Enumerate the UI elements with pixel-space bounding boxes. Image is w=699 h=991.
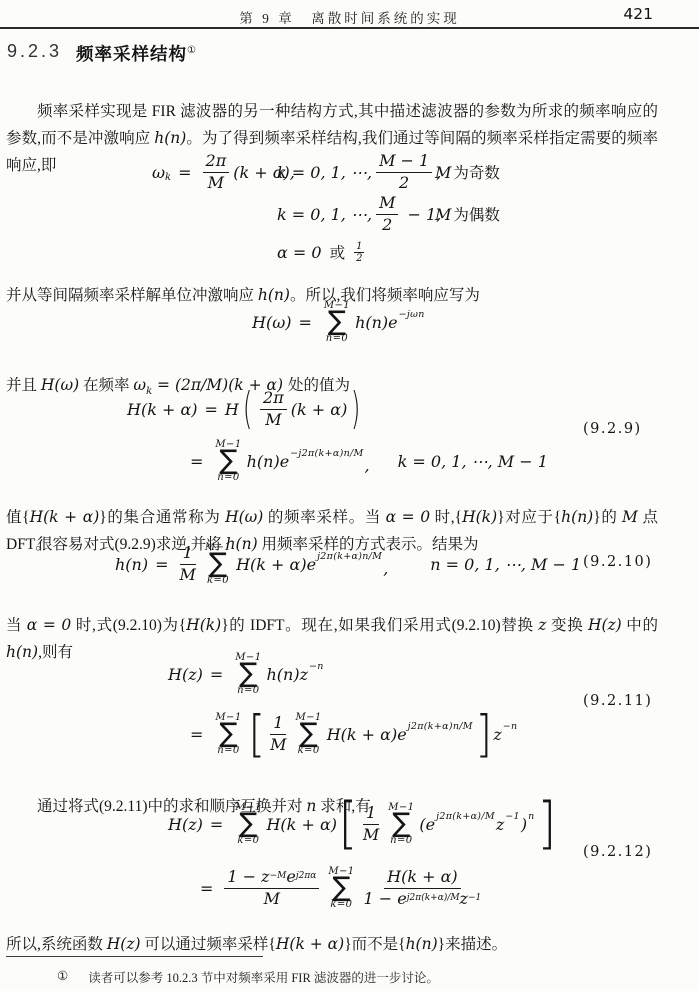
condition-text: k = 0, 1, ⋯,: [277, 205, 372, 224]
alpha-equals-zero: α = 0: [277, 243, 322, 262]
big-left-paren: (: [243, 390, 252, 427]
summand: H(k + α)e: [236, 555, 316, 574]
lhs: h(n): [115, 555, 148, 574]
math-run: H(k + α): [276, 935, 344, 953]
footnote-rule: [6, 956, 263, 957]
lhs: H(ω): [252, 313, 291, 332]
equals-sign: =: [200, 879, 213, 898]
equation-alpha-values: α = 0 或 12: [277, 237, 364, 267]
lhs: H(k + α): [127, 400, 198, 419]
page-number: 421: [623, 5, 653, 23]
fraction-2pi-over-M: 2πM: [260, 389, 287, 429]
numerator: M − 1: [379, 152, 429, 170]
open-paren-e: (e: [419, 815, 435, 834]
exponent: −n: [309, 661, 324, 672]
math-run: h(n): [406, 935, 438, 953]
exponent: −j2π(k+α)n/M: [290, 448, 363, 459]
lower-limit: n=0: [217, 745, 239, 757]
equation-omega-lhs: ωk = 2πM (k + α),: [152, 150, 295, 194]
denominator-part: 1 − e: [364, 890, 407, 908]
summand: h(n)e: [247, 452, 290, 471]
denominator: M: [180, 566, 196, 584]
sigma-symbol: ∑: [299, 723, 317, 745]
note-text: 为奇数: [453, 161, 500, 183]
denominator: M: [270, 736, 286, 754]
comma: ,: [365, 456, 370, 475]
math-run: α = 0: [27, 616, 72, 634]
summation: M−1∑n=0: [215, 439, 241, 484]
condition: n = 0, 1, ⋯, M − 1: [430, 555, 581, 574]
omega-symbol: ω: [152, 163, 165, 182]
condition-text: k = 0, 1, ⋯,: [277, 163, 372, 182]
z-variable: z: [496, 815, 504, 834]
text-run: 中的: [622, 617, 658, 634]
sigma-symbol: ∑: [392, 813, 410, 835]
section-heading: 9.2.3 频率采样结构①: [7, 41, 197, 66]
denominator: M: [264, 890, 280, 908]
equation-label-9210: (9.2.10): [583, 554, 652, 570]
equals-sign: =: [210, 665, 223, 684]
equation-omega-note-odd: M 为奇数: [435, 150, 500, 194]
text-run: ,则有: [38, 644, 73, 661]
math-run: H(k + α): [30, 508, 100, 526]
text-run: 时,{: [430, 509, 462, 526]
variable-M: M: [435, 163, 451, 182]
math-run: h(n): [154, 129, 186, 147]
lower-limit: k=0: [207, 575, 229, 587]
sigma-symbol: ∑: [332, 877, 350, 899]
equation-label-9212: (9.2.12): [583, 844, 652, 860]
equation-9210: h(n) = 1M M−1∑k=0 H(k + α)ej2π(k+α)n/M, …: [115, 537, 581, 591]
math-run: H(ω): [225, 508, 263, 526]
lower-limit: k=0: [298, 745, 320, 757]
text-run: 的频率采样。当: [263, 509, 385, 526]
section-title: 频率采样结构①: [76, 41, 197, 66]
exponent: j2π(k+α)n/M: [317, 551, 382, 562]
numerator: 1: [354, 241, 364, 253]
footnote-text: 读者可以参考 10.2.3 节中对频率采用 FIR 滤波器的进一步讨论。: [88, 968, 439, 986]
math-run: h(n): [561, 508, 593, 526]
paragraph-conclusion: 所以,系统函数 H(z) 可以通过频率采样{H(k + α)}而不是{h(n)}…: [6, 931, 658, 958]
fraction-1-over-M: 1M: [363, 804, 379, 844]
numerator-part: 1 − z: [227, 868, 269, 886]
header-rule: [0, 27, 699, 29]
equation-929-line1: H(k + α) = H ( 2πM (k + α) ): [127, 385, 364, 433]
exponent: j2π(k+α)n/M: [408, 721, 473, 732]
lhs: H(z): [168, 815, 203, 834]
equals-sign: =: [178, 163, 191, 182]
summation: M−1∑n=0: [324, 300, 350, 345]
text-run: 并从等间隔频率采样解单位冲激响应: [6, 287, 258, 304]
math-run: H(k): [186, 616, 221, 634]
exponent-n: n: [528, 811, 534, 822]
fraction-M-over-2: M2: [376, 194, 398, 234]
equation-9211-line1: H(z) = M−1∑n=0 h(n)z−n: [168, 651, 325, 697]
chapter-header: 第 9 章 离散时间系统的实现: [0, 7, 699, 27]
paragraph-idft: 当 α = 0 时,式(9.2.10)为{H(k)}的 IDFT。现在,如果我们…: [6, 612, 658, 666]
summation: M−1∑k=0: [235, 802, 261, 847]
footnote-ref-superscript: ①: [187, 45, 197, 56]
denominator: M: [265, 411, 281, 429]
or-text: 或: [330, 241, 346, 263]
summand: h(n)z: [266, 665, 308, 684]
equation-omega-note-even: M 为偶数: [435, 193, 500, 235]
fraction-geometric-sum: 1 − z−Mej2πα M: [224, 868, 319, 908]
denominator: M: [208, 174, 224, 192]
equation-label-9211: (9.2.11): [583, 693, 652, 709]
math-run: α = 0: [386, 508, 431, 526]
footnote: ① 读者可以参考 10.2.3 节中对频率采用 FIR 滤波器的进一步讨论。: [57, 968, 439, 986]
equals-sign: =: [190, 725, 203, 744]
sigma-symbol: ∑: [239, 663, 257, 685]
equals-sign: =: [155, 555, 168, 574]
text-run: 可以通过频率采样{: [141, 936, 276, 953]
fraction-1-over-M: 1M: [180, 544, 196, 584]
lower-limit: n=0: [217, 472, 239, 484]
equals-sign: =: [210, 815, 223, 834]
text-run: 并且: [6, 377, 41, 394]
sigma-symbol: ∑: [219, 450, 237, 472]
exponent: −n: [503, 721, 518, 732]
lower-limit: n=0: [390, 835, 412, 847]
equation-omega-cond-even: k = 0, 1, ⋯, M2 − 1,: [277, 193, 441, 235]
denominator: 2: [356, 253, 362, 264]
exponent: j2π(k+α)/M: [407, 893, 460, 903]
equals-sign: =: [205, 400, 218, 419]
text-run: 当: [6, 617, 27, 634]
fraction-1-over-M: 1M: [270, 714, 286, 754]
equation-9212-line1: H(z) = M−1∑k=0 H(k + α) [ 1M M−1∑n=0 (ej…: [168, 795, 557, 853]
equation-929-line2: = M−1∑n=0 h(n)e−j2π(k+α)n/M, k = 0, 1, ⋯…: [190, 433, 548, 489]
lower-limit: k=0: [237, 835, 259, 847]
argument: (k + α): [291, 400, 348, 419]
z-variable: z: [460, 890, 468, 908]
fraction-M-1-over-2: M − 12: [376, 152, 432, 192]
summand: H(k + α)e: [327, 725, 407, 744]
numerator: H(k + α): [387, 868, 458, 886]
exponent: −M: [270, 871, 287, 881]
lower-limit: n=0: [237, 685, 259, 697]
math-run: H(k): [462, 508, 497, 526]
numerator: M: [379, 194, 395, 212]
exponent: −jωn: [399, 309, 425, 320]
text-run: }的 IDFT。现在,如果我们采用式(9.2.10)替换: [221, 617, 538, 634]
equals-sign: =: [190, 452, 203, 471]
fraction-2pi-over-M: 2πM: [203, 152, 230, 192]
summand: h(n)e: [355, 313, 398, 332]
footnote-mark: ①: [57, 968, 68, 986]
H-k-alpha: H(k + α): [266, 815, 337, 834]
text-run: 所以,系统函数: [6, 936, 107, 953]
sigma-symbol: ∑: [328, 311, 346, 333]
summation: M−1∑n=0: [235, 652, 261, 697]
numerator: 1: [366, 804, 376, 822]
math-run: H(ω): [41, 376, 79, 394]
comma: ,: [383, 559, 388, 578]
text-run: }而不是{: [344, 936, 405, 953]
function-H: H: [225, 400, 239, 419]
summation: M−1∑n=0: [215, 712, 241, 757]
denominator: M: [363, 826, 379, 844]
lower-limit: k=0: [330, 899, 352, 911]
numerator: 1: [273, 714, 283, 732]
sigma-symbol: ∑: [239, 813, 257, 835]
condition: k = 0, 1, ⋯, M − 1: [398, 452, 548, 471]
variable-M: M: [435, 205, 451, 224]
text-run: 在频率: [79, 377, 133, 394]
math-run: h(n): [6, 643, 38, 661]
summation: M−1∑k=0: [205, 542, 231, 587]
equals-sign: =: [298, 313, 311, 332]
note-text: 为偶数: [453, 203, 500, 225]
summation-inner: M−1∑k=0: [296, 712, 322, 757]
e-symbol: e: [286, 868, 295, 886]
equation-label-929: (9.2.9): [583, 421, 642, 437]
denominator: 2: [382, 216, 392, 234]
subscript-k: k: [165, 172, 171, 183]
big-right-bracket: ]: [475, 713, 492, 756]
section-title-text: 频率采样结构: [76, 44, 187, 64]
math-run: H(z): [588, 616, 622, 634]
exponent: −1: [505, 811, 520, 822]
text-run: }对应于{: [497, 509, 561, 526]
equation-9212-line2: = 1 − z−Mej2πα M M−1∑k=0 H(k + α) 1 − ej…: [200, 857, 485, 919]
big-left-bracket: [: [248, 713, 265, 756]
text-run: 变换: [546, 617, 588, 634]
big-left-bracket: [: [339, 800, 358, 848]
numerator: 1: [183, 544, 193, 562]
exponent: j2πα: [296, 871, 317, 881]
summation: M−1∑k=0: [328, 866, 354, 911]
denominator: 2: [399, 174, 409, 192]
numerator: 2π: [263, 389, 284, 407]
big-right-paren: ): [351, 390, 360, 427]
z-variable: z: [493, 725, 501, 744]
fraction-resonator: H(k + α) 1 − ej2π(k+α)/Mz−1: [364, 868, 482, 908]
fraction-one-half: 12: [354, 241, 364, 264]
math-run: M: [622, 508, 638, 526]
exponent: j2π(k+α)/M: [436, 811, 495, 822]
text-run: 值{: [6, 509, 30, 526]
numerator: 2π: [206, 152, 227, 170]
text-run: }的集合通常称为: [99, 509, 225, 526]
text-run: }的: [593, 509, 622, 526]
text-run: 时,式(9.2.10)为{: [71, 617, 186, 634]
exponent: −1: [468, 893, 481, 903]
close-paren: ): [521, 815, 527, 834]
lhs: H(z): [168, 665, 203, 684]
sigma-symbol: ∑: [209, 553, 227, 575]
math-run: H(z): [107, 935, 141, 953]
summation-inner: M−1∑n=0: [388, 802, 414, 847]
lower-limit: n=0: [326, 333, 348, 345]
equation-h-omega: H(ω) = M−1∑n=0 h(n)e−jωn: [252, 296, 426, 348]
equation-9211-line2: = M−1∑n=0 [ 1M M−1∑k=0 H(k + α)ej2π(k+α)…: [190, 703, 518, 765]
section-number: 9.2.3: [7, 41, 62, 62]
text-run: }来描述。: [438, 936, 507, 953]
equation-omega-cond-odd: k = 0, 1, ⋯, M − 12 ,: [277, 150, 441, 194]
big-right-bracket: ]: [537, 800, 556, 848]
sigma-symbol: ∑: [219, 723, 237, 745]
